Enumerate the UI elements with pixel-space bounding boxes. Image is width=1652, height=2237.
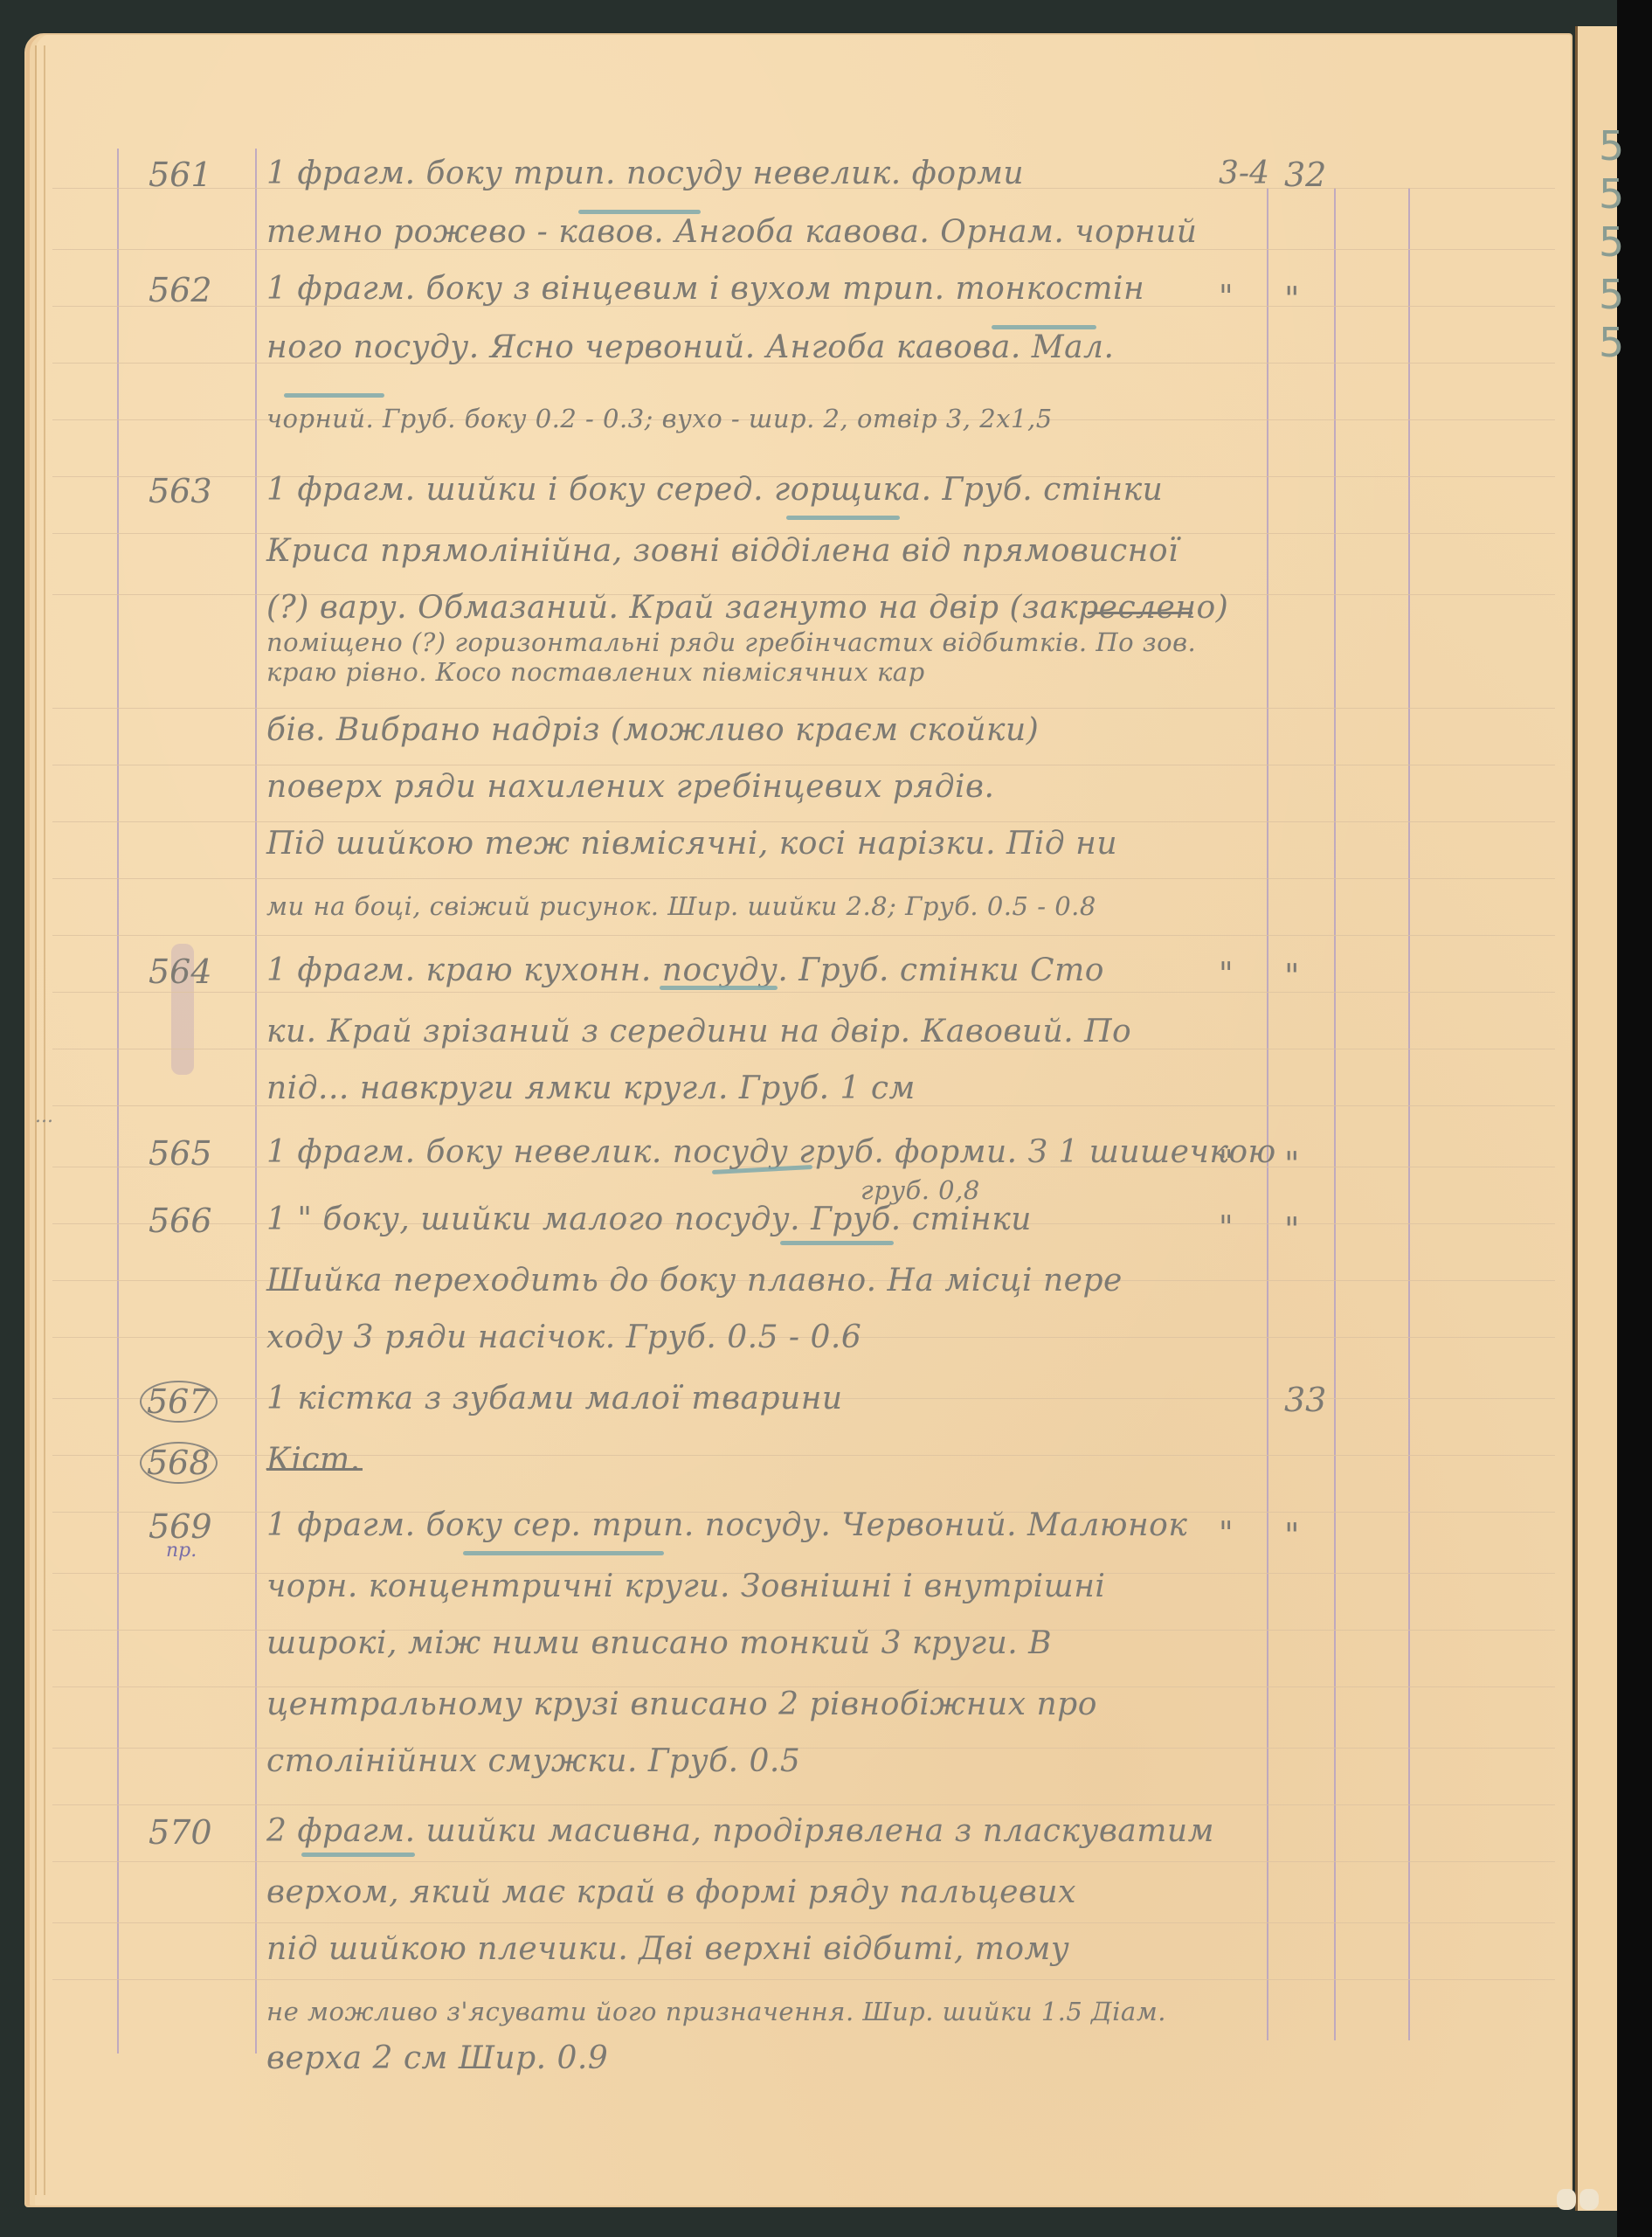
entry-line: не можливо з'ясувати його призначення. Ш… (266, 1997, 1166, 2026)
column-rule-c (1408, 188, 1410, 2040)
entry-line: Шийка переходить до боку плавно. На місц… (266, 1263, 1123, 1299)
blue-underline (780, 1241, 894, 1245)
entry-line: Кіст. (266, 1442, 361, 1478)
entry-line: верхом, який має край в формі ряду пальц… (266, 1874, 1076, 1910)
entry-line: під... навкруги ямки кругл. Груб. 1 см (266, 1070, 916, 1106)
next-page-circled-mark: 5 (1599, 170, 1624, 218)
entry-line: верха 2 см Шир. 0.9 (266, 2040, 608, 2076)
blue-underline (786, 516, 900, 520)
blue-underline (463, 1551, 664, 1555)
next-page-circled-mark: 5 (1599, 218, 1624, 266)
entry-number-circled: 568 (140, 1442, 218, 1484)
entry-col-a: " (1219, 1516, 1234, 1552)
entry-col-a: " (1219, 957, 1234, 993)
ruling-line (52, 1804, 1555, 1805)
entry-col-a: " (1219, 280, 1234, 315)
entry-line: 1 фрагм. шийки і боку серед. горщика. Гр… (266, 472, 1163, 508)
entry-line: 1 фрагм. боку невелик. посуду груб. форм… (266, 1134, 1276, 1170)
entry-number: 564 (149, 952, 212, 991)
entry-line: темно рожево - кавов. Ангоба кавова. Орн… (266, 214, 1197, 250)
entry-line: ми на боці, свіжий рисунок. Шир. шийки 2… (266, 891, 1096, 921)
entry-number: 565 (149, 1134, 212, 1173)
entry-line: 1 фрагм. боку з вінцевим і вухом трип. т… (266, 271, 1144, 307)
entry-line: краю рівно. Косо поставлених півмісячних… (266, 657, 925, 687)
entry-number: 561 (149, 156, 212, 194)
entry-line: 1 фрагм. боку трип. посуду невелик. форм… (266, 156, 1024, 191)
entry-col-b: " (1284, 280, 1299, 318)
next-page-circled-mark: 5 (1599, 122, 1624, 170)
entry-line: поміщено (?) горизонтальні ряди гребінча… (266, 627, 1196, 657)
ruling-line (52, 708, 1555, 709)
entry-line: під шийкою плечики. Дві верхні відбиті, … (266, 1931, 1069, 1967)
entry-col-a: 3-4 (1219, 156, 1269, 191)
interlinear-note: груб. 0,8 (861, 1175, 980, 1205)
entry-line: 1 кістка з зубами малої тварини (266, 1381, 843, 1416)
blue-underline (660, 986, 778, 990)
entry-line: чорн. концентричні круги. Зовнішні і вну… (266, 1569, 1105, 1604)
entry-line: центральному крузі вписано 2 рівнобіжних… (266, 1686, 1097, 1722)
entry-line: бів. Вибрано надріз (можливо краєм скойк… (266, 712, 1039, 748)
entry-col-a: " (1219, 1145, 1234, 1181)
margin-note-purple: пр. (166, 1540, 197, 1562)
ruling-line (52, 1922, 1555, 1923)
entry-line: чорний. Груб. боку 0.2 - 0.3; вухо - шир… (266, 404, 1053, 433)
column-rule-a (1267, 188, 1268, 2040)
entry-line: (?) вару. Обмазаний. Край загнуто на дві… (266, 590, 1228, 626)
entry-line: поверх ряди нахилених гребінцевих рядів. (266, 769, 994, 805)
entry-col-b: " (1284, 1210, 1299, 1249)
ruling-line (52, 765, 1555, 765)
column-rule-b (1334, 188, 1336, 2040)
strikethrough (266, 1468, 363, 1471)
entry-number: 570 (149, 1813, 212, 1852)
ruling-line (52, 1861, 1555, 1862)
entry-line: 1 " боку, шийки малого посуду. Груб. сті… (266, 1202, 1032, 1237)
entry-line: ходу 3 ряди насічок. Груб. 0.5 - 0.6 (266, 1319, 861, 1355)
entry-line: Під шийкою теж півмісячні, косі нарізки.… (266, 826, 1117, 862)
entry-line: столінійних смужки. Груб. 0.5 (266, 1743, 800, 1779)
ruling-line (52, 992, 1555, 993)
ruling-line (52, 821, 1555, 822)
next-page-circled-mark: 5 (1599, 271, 1624, 318)
entry-number: 562 (149, 271, 212, 309)
entry-line: широкі, між ними вписано тонкий 3 круги.… (266, 1625, 1052, 1661)
entry-number: 566 (149, 1202, 212, 1240)
entry-col-a: " (1219, 1210, 1234, 1246)
ruling-line (52, 935, 1555, 936)
entry-line: 1 фрагм. боку сер. трип. посуду. Червони… (266, 1507, 1187, 1543)
entry-number: 563 (149, 472, 212, 510)
entry-line: ки. Край зрізаний з середини на двір. Ка… (266, 1014, 1131, 1049)
strikethrough (1088, 612, 1192, 614)
entry-line: ного посуду. Ясно червоний. Ангоба кавов… (266, 329, 1114, 365)
entry-line: 2 фрагм. шийки масивна, продірявлена з п… (266, 1813, 1214, 1849)
left-margin-rule (117, 149, 119, 2053)
entry-col-b: " (1284, 957, 1299, 995)
entry-col-b: 33 (1284, 1381, 1326, 1419)
blue-underline (284, 393, 384, 398)
binding-thread (1579, 2189, 1599, 2210)
entry-col-b: " (1284, 1145, 1299, 1183)
binding-thread (1557, 2189, 1576, 2210)
blue-underline (301, 1853, 415, 1857)
entry-line: 1 фрагм. краю кухонн. посуду. Груб. стін… (266, 952, 1104, 988)
margin-stray-mark: ... (35, 1105, 53, 1127)
entry-line: Криса прямолінійна, зовні відділена від … (266, 533, 1179, 569)
next-page-circled-mark: 5 (1599, 319, 1624, 366)
entry-col-b: 32 (1284, 156, 1326, 194)
entry-col-b: " (1284, 1516, 1299, 1555)
entry-number-circled: 567 (140, 1381, 218, 1423)
text-margin-rule (255, 149, 257, 2053)
ruling-line (52, 1979, 1555, 1980)
ruling-line (52, 878, 1555, 879)
